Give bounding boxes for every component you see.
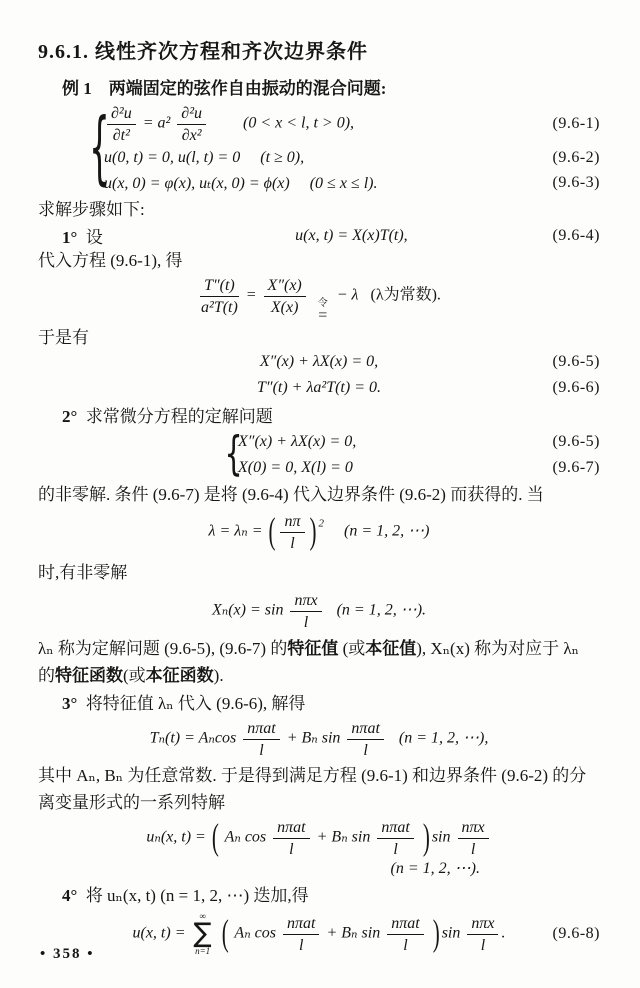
step1-label-group: 1° 设	[38, 223, 103, 248]
when-line: 时,有非零解	[38, 560, 600, 585]
substitute-line: 代入方程 (9.6-1), 得	[38, 248, 600, 273]
lambda-lhs: λ = λₙ =	[209, 522, 263, 539]
eq8-content: u(x, t) = ∞∑n=1 ( Aₙ cos nπatl + Bₙ sin …	[38, 912, 600, 956]
fraction: nπxl	[290, 591, 321, 631]
eigenvalue-term: 特征值	[287, 639, 338, 658]
tn-mid: + Bₙ sin	[287, 729, 341, 746]
eigen-terminology-para: λₙ 称为定解问题 (9.6-5), (9.6-7) 的特征值 (或本征值), …	[38, 635, 600, 689]
equation-number: (9.6-5)	[553, 353, 600, 371]
step3-text: 将特征值 λₙ 代入 (9.6-6), 解得	[86, 694, 306, 713]
eq2-content: u(0, t) = 0, u(l, t) = 0 (t ≥ 0),	[104, 149, 304, 167]
xn-lhs: Xₙ(x) = sin	[212, 601, 283, 618]
equation-9-6-1: ∂²u∂t² = a² ∂²u∂x² (0 < x < l, t > 0), (…	[38, 103, 600, 145]
nonzero-solution-para: 的非零解. 条件 (9.6-7) 是将 (9.6-4) 代入边界条件 (9.6-…	[38, 482, 600, 508]
un-sin-term: + Bₙ sin	[317, 828, 371, 845]
eq1-condition: (0 < x < l, t > 0),	[243, 115, 354, 132]
sys2-eq2-content: X(0) = 0, X(l) = 0	[238, 459, 353, 477]
xn-condition: (n = 1, 2, ⋯).	[329, 601, 426, 618]
summation-symbol: ∞∑n=1	[194, 912, 212, 956]
tn-lhs: Tₙ(t) = Aₙcos	[150, 729, 237, 746]
fraction: T″(t)a²T(t)	[200, 276, 239, 316]
ratio-rhs: − λ	[337, 287, 359, 304]
eq3-content: u(x, 0) = φ(x), uₜ(x, 0) = ϕ(x) (0 ≤ x ≤…	[104, 173, 377, 193]
section-heading: 9.6.1. 线性齐次方程和齐次边界条件	[38, 40, 600, 64]
eigen-seg: (或	[338, 639, 365, 658]
un-condition-line: (n = 1, 2, ⋯).	[38, 858, 600, 880]
right-paren: )	[433, 912, 440, 956]
pde-system: { ∂²u∂t² = a² ∂²u∂x² (0 < x < l, t > 0),…	[38, 103, 600, 195]
ode-system: { X″(x) + λX(x) = 0, (9.6-5) X(0) = 0, X…	[38, 430, 600, 481]
eq8-sin-term: + Bₙ sin	[326, 924, 380, 941]
left-paren: (	[212, 816, 219, 860]
step4-line: 4° 将 uₙ(x, t) (n = 1, 2, ⋯) 迭加,得	[38, 883, 600, 908]
eq8-sin-factor: sin	[442, 924, 461, 941]
define-equals: 令=	[318, 298, 328, 323]
equation-9-6-5-repeat: X″(x) + λX(x) = 0, (9.6-5)	[38, 430, 600, 455]
step2-line: 2° 求常微分方程的定解问题	[38, 404, 600, 429]
lambda-condition: (n = 1, 2, ⋯)	[328, 522, 429, 539]
separation-ratio-equation: T″(t)a²T(t) = X″(x)X(x) 令= − λ (λ为常数).	[38, 276, 600, 323]
fraction: nπl	[280, 512, 304, 552]
left-paren: (	[268, 510, 275, 554]
step1-text: 设	[86, 228, 103, 247]
fraction: nπatl	[243, 719, 279, 759]
eq8-cos-term: Aₙ cos	[234, 924, 276, 941]
fraction: nπatl	[273, 818, 309, 858]
step1-label: 1°	[62, 228, 77, 247]
textbook-page: 9.6.1. 线性齐次方程和齐次边界条件 例 1 两端固定的弦作自由振动的混合问…	[0, 0, 640, 988]
solve-steps-intro: 求解步骤如下:	[38, 197, 600, 222]
exponent: 2	[319, 517, 325, 529]
eq5-content: X″(x) + λX(x) = 0,	[38, 353, 600, 371]
right-paren: )	[310, 510, 317, 554]
equation-number: (9.6-2)	[553, 149, 600, 167]
equation-number: (9.6-6)	[553, 379, 600, 397]
eigenfunction-equation: Xₙ(x) = sin nπxl (n = 1, 2, ⋯).	[38, 591, 600, 631]
equation-number: (9.6-4)	[553, 227, 600, 245]
arbitrary-constants-para: 其中 Aₙ, Bₙ 为任意常数. 于是得到满足方程 (9.6-1) 和边界条件 …	[38, 762, 600, 816]
equation-9-6-3: u(x, 0) = φ(x), uₜ(x, 0) = ϕ(x) (0 ≤ x ≤…	[38, 170, 600, 195]
fraction: nπxl	[467, 914, 498, 954]
un-lhs: uₙ(x, t) =	[146, 828, 205, 845]
lambda-constant-note: (λ为常数).	[362, 287, 440, 304]
right-paren: )	[423, 816, 430, 860]
example-label: 例 1	[62, 79, 92, 98]
eigenvalue-equation: λ = λₙ = (nπl)2 (n = 1, 2, ⋯)	[38, 512, 600, 552]
un-condition: (n = 1, 2, ⋯).	[391, 860, 480, 877]
equation-number: (9.6-5)	[553, 433, 600, 451]
example-text: 两端固定的弦作自由振动的混合问题:	[109, 79, 387, 98]
step4-text: 将 uₙ(x, t) (n = 1, 2, ⋯) 迭加,得	[86, 886, 309, 905]
step3-line: 3° 将特征值 λₙ 代入 (9.6-6), 解得	[38, 691, 600, 716]
eq6-content: T″(t) + λa²T(t) = 0.	[38, 379, 600, 397]
eq1-content: ∂²u∂t² = a² ∂²u∂x² (0 < x < l, t > 0),	[104, 104, 354, 144]
step2-label: 2°	[62, 407, 77, 426]
equation-9-6-5: X″(x) + λX(x) = 0, (9.6-5)	[38, 350, 600, 375]
fraction: nπatl	[347, 719, 383, 759]
fraction: nπatl	[283, 914, 319, 954]
eigenvalue-alt-term: 本征值	[365, 639, 416, 658]
equation-9-6-4: u(x, t) = X(x)T(t),	[103, 227, 600, 245]
step3-label: 3°	[62, 694, 77, 713]
step2-text: 求常微分方程的定解问题	[86, 407, 273, 426]
equation-number: (9.6-8)	[553, 925, 600, 943]
tn-solution-equation: Tₙ(t) = Aₙcos nπatl + Bₙ sin nπatl (n = …	[38, 719, 600, 759]
fraction: nπxl	[458, 818, 489, 858]
equation-number: (9.6-1)	[553, 115, 600, 133]
un-sin-factor: sin	[432, 828, 451, 845]
equation-number: (9.6-7)	[553, 459, 600, 477]
equation-9-6-6: T″(t) + λa²T(t) = 0. (9.6-6)	[38, 375, 600, 401]
tn-condition: (n = 1, 2, ⋯),	[391, 729, 488, 746]
eigenfunction-alt-term: 本征函数	[146, 666, 214, 685]
left-paren: (	[222, 912, 229, 956]
step4-label: 4°	[62, 886, 77, 905]
eigen-seg: ).	[214, 666, 224, 685]
eigen-seg: (或	[123, 666, 146, 685]
fraction: ∂²u∂x²	[177, 104, 206, 144]
eq1-mid: = a²	[143, 115, 171, 132]
equation-9-6-7: X(0) = 0, X(l) = 0 (9.6-7)	[38, 455, 600, 481]
sys2-eq1-content: X″(x) + λX(x) = 0,	[238, 433, 356, 451]
eq8-period: .	[501, 924, 505, 941]
page-number: • 358 •	[40, 946, 95, 963]
fraction: X″(x)X(x)	[264, 276, 306, 316]
eq8-lhs: u(x, t) =	[133, 924, 186, 941]
step1-row: 1° 设 u(x, t) = X(x)T(t), (9.6-4)	[38, 223, 600, 248]
equation-9-6-8: u(x, t) = ∞∑n=1 ( Aₙ cos nπatl + Bₙ sin …	[38, 910, 600, 958]
example-line: 例 1 两端固定的弦作自由振动的混合问题:	[38, 76, 600, 101]
equation-9-6-2: u(0, t) = 0, u(l, t) = 0 (t ≥ 0), (9.6-2…	[38, 145, 600, 170]
equation-number: (9.6-3)	[553, 174, 600, 192]
thus-line: 于是有	[38, 325, 600, 350]
eigenfunction-term: 特征函数	[55, 666, 123, 685]
fraction: ∂²u∂t²	[107, 104, 136, 144]
fraction: nπatl	[387, 914, 423, 954]
un-particular-solution: uₙ(x, t) = ( Aₙ cos nπatl + Bₙ sin nπatl…	[38, 818, 600, 858]
equals-sign: =	[246, 287, 257, 304]
eigen-seg: λₙ 称为定解问题 (9.6-5), (9.6-7) 的	[38, 639, 287, 658]
fraction: nπatl	[377, 818, 413, 858]
un-cos-term: Aₙ cos	[225, 828, 267, 845]
